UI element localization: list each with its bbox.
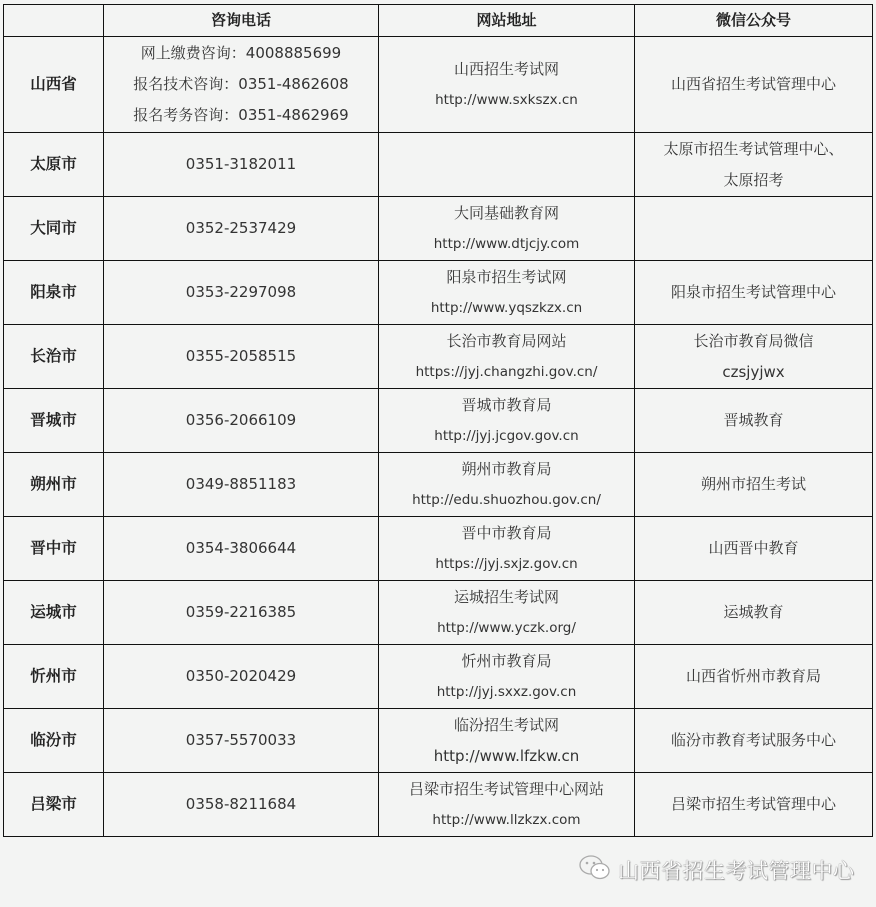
table-row: 晋城市0356-2066109晋城市教育局http://jyj.jcgov.go…	[4, 389, 873, 453]
header-wechat: 微信公众号	[635, 5, 873, 37]
wechat-account: 长治市教育局微信	[635, 326, 872, 357]
wechat-account: 临汾市教育考试服务中心	[635, 725, 872, 756]
table-row: 晋中市0354-3806644晋中市教育局https://jyj.sxjz.go…	[4, 517, 873, 581]
region-cell: 临汾市	[4, 709, 104, 773]
phone-cell: 0349-8851183	[104, 453, 379, 517]
watermark-text: 山西省招生考试管理中心	[618, 855, 855, 885]
wechat-cell: 朔州市招生考试	[635, 453, 873, 517]
website-name: 吕梁市招生考试管理中心网站	[379, 774, 634, 805]
wechat-account: 山西省忻州市教育局	[635, 661, 872, 692]
region-cell: 运城市	[4, 581, 104, 645]
table-row: 大同市0352-2537429大同基础教育网http://www.dtjcjy.…	[4, 197, 873, 261]
wechat-account: 阳泉市招生考试管理中心	[635, 277, 872, 308]
website-url: http://edu.shuozhou.gov.cn/	[379, 485, 634, 516]
website-url: https://jyj.sxjz.gov.cn	[379, 549, 634, 580]
wechat-icon	[578, 853, 612, 888]
website-name: 山西招生考试网	[379, 54, 634, 85]
region-cell: 朔州市	[4, 453, 104, 517]
website-cell: 吕梁市招生考试管理中心网站http://www.llzkzx.com	[379, 773, 635, 837]
website-cell: 临汾招生考试网http://www.lfzkw.cn	[379, 709, 635, 773]
phone-cell: 0354-3806644	[104, 517, 379, 581]
phone-cell: 0357-5570033	[104, 709, 379, 773]
table-row: 阳泉市0353-2297098阳泉市招生考试网http://www.yqszkz…	[4, 261, 873, 325]
website-name: 晋城市教育局	[379, 390, 634, 421]
wechat-account: 朔州市招生考试	[635, 469, 872, 500]
wechat-cell	[635, 197, 873, 261]
website-cell: 忻州市教育局http://jyj.sxxz.gov.cn	[379, 645, 635, 709]
phone-number: 0356-2066109	[104, 405, 378, 436]
phone-cell: 0355-2058515	[104, 325, 379, 389]
website-cell: 运城招生考试网http://www.yczk.org/	[379, 581, 635, 645]
website-cell: 大同基础教育网http://www.dtjcjy.com	[379, 197, 635, 261]
phone-number: 0349-8851183	[104, 469, 378, 500]
website-cell: 晋中市教育局https://jyj.sxjz.gov.cn	[379, 517, 635, 581]
region-cell: 大同市	[4, 197, 104, 261]
table-row: 吕梁市0358-8211684吕梁市招生考试管理中心网站http://www.l…	[4, 773, 873, 837]
website-name: 大同基础教育网	[379, 198, 634, 229]
header-phone: 咨询电话	[104, 5, 379, 37]
phone-number: 0352-2537429	[104, 213, 378, 244]
website-name: 阳泉市招生考试网	[379, 262, 634, 293]
header-row: 咨询电话 网站地址 微信公众号	[4, 5, 873, 37]
wechat-cell: 山西省忻州市教育局	[635, 645, 873, 709]
website-cell: 阳泉市招生考试网http://www.yqszkzx.cn	[379, 261, 635, 325]
phone-number: 0358-8211684	[104, 789, 378, 820]
website-url: http://www.dtjcjy.com	[379, 229, 634, 260]
contact-table: 咨询电话 网站地址 微信公众号 山西省网上缴费咨询：4008885699报名技术…	[3, 4, 873, 837]
website-name: 晋中市教育局	[379, 518, 634, 549]
phone-number: 报名考务咨询：0351-4862969	[104, 100, 378, 131]
website-name: 长治市教育局网站	[379, 326, 634, 357]
phone-cell: 0350-2020429	[104, 645, 379, 709]
wechat-account: 太原招考	[635, 165, 872, 196]
header-region	[4, 5, 104, 37]
website-cell: 山西招生考试网http://www.sxkszx.cn	[379, 37, 635, 133]
phone-cell: 0353-2297098	[104, 261, 379, 325]
wechat-account: czsjyjwx	[635, 357, 872, 388]
region-cell: 晋中市	[4, 517, 104, 581]
wechat-account: 山西省招生考试管理中心	[635, 69, 872, 100]
region-cell: 晋城市	[4, 389, 104, 453]
region-cell: 阳泉市	[4, 261, 104, 325]
phone-number: 0357-5570033	[104, 725, 378, 756]
website-url: http://www.llzkzx.com	[379, 805, 634, 836]
table-row: 运城市0359-2216385运城招生考试网http://www.yczk.or…	[4, 581, 873, 645]
header-website: 网站地址	[379, 5, 635, 37]
wechat-cell: 山西晋中教育	[635, 517, 873, 581]
phone-number: 报名技术咨询：0351-4862608	[104, 69, 378, 100]
table-row: 忻州市0350-2020429忻州市教育局http://jyj.sxxz.gov…	[4, 645, 873, 709]
wechat-account: 晋城教育	[635, 405, 872, 436]
region-cell: 忻州市	[4, 645, 104, 709]
phone-cell: 网上缴费咨询：4008885699报名技术咨询：0351-4862608报名考务…	[104, 37, 379, 133]
phone-number: 0350-2020429	[104, 661, 378, 692]
phone-number: 0355-2058515	[104, 341, 378, 372]
website-cell: 晋城市教育局http://jyj.jcgov.gov.cn	[379, 389, 635, 453]
phone-number: 0351-3182011	[104, 149, 378, 180]
website-url: http://www.lfzkw.cn	[379, 741, 634, 772]
phone-cell: 0352-2537429	[104, 197, 379, 261]
wechat-cell: 运城教育	[635, 581, 873, 645]
phone-cell: 0359-2216385	[104, 581, 379, 645]
wechat-cell: 阳泉市招生考试管理中心	[635, 261, 873, 325]
phone-number: 0359-2216385	[104, 597, 378, 628]
table-row: 山西省网上缴费咨询：4008885699报名技术咨询：0351-4862608报…	[4, 37, 873, 133]
website-url: http://www.yqszkzx.cn	[379, 293, 634, 324]
wechat-account: 运城教育	[635, 597, 872, 628]
wechat-cell: 临汾市教育考试服务中心	[635, 709, 873, 773]
website-cell: 朔州市教育局http://edu.shuozhou.gov.cn/	[379, 453, 635, 517]
wechat-account: 太原市招生考试管理中心、	[635, 134, 872, 165]
region-cell: 吕梁市	[4, 773, 104, 837]
wechat-cell: 山西省招生考试管理中心	[635, 37, 873, 133]
region-cell: 太原市	[4, 133, 104, 197]
wechat-cell: 太原市招生考试管理中心、太原招考	[635, 133, 873, 197]
table-row: 临汾市0357-5570033临汾招生考试网http://www.lfzkw.c…	[4, 709, 873, 773]
table-row: 太原市0351-3182011太原市招生考试管理中心、太原招考	[4, 133, 873, 197]
table-row: 朔州市0349-8851183朔州市教育局http://edu.shuozhou…	[4, 453, 873, 517]
phone-cell: 0351-3182011	[104, 133, 379, 197]
website-url: https://jyj.changzhi.gov.cn/	[379, 357, 634, 388]
phone-number: 0354-3806644	[104, 533, 378, 564]
region-cell: 山西省	[4, 37, 104, 133]
table-row: 长治市0355-2058515长治市教育局网站https://jyj.chang…	[4, 325, 873, 389]
wechat-cell: 晋城教育	[635, 389, 873, 453]
phone-cell: 0356-2066109	[104, 389, 379, 453]
website-name: 朔州市教育局	[379, 454, 634, 485]
website-url: http://jyj.jcgov.gov.cn	[379, 421, 634, 452]
website-url: http://jyj.sxxz.gov.cn	[379, 677, 634, 708]
wechat-account: 山西晋中教育	[635, 533, 872, 564]
website-name: 运城招生考试网	[379, 582, 634, 613]
phone-number: 网上缴费咨询：4008885699	[104, 38, 378, 69]
wechat-cell: 长治市教育局微信czsjyjwx	[635, 325, 873, 389]
phone-cell: 0358-8211684	[104, 773, 379, 837]
website-url: http://www.yczk.org/	[379, 613, 634, 644]
watermark: 山西省招生考试管理中心	[578, 853, 855, 887]
region-cell: 长治市	[4, 325, 104, 389]
website-name: 忻州市教育局	[379, 646, 634, 677]
phone-number: 0353-2297098	[104, 277, 378, 308]
website-cell	[379, 133, 635, 197]
website-name: 临汾招生考试网	[379, 710, 634, 741]
website-url: http://www.sxkszx.cn	[379, 85, 634, 116]
wechat-account: 吕梁市招生考试管理中心	[635, 789, 872, 820]
website-cell: 长治市教育局网站https://jyj.changzhi.gov.cn/	[379, 325, 635, 389]
wechat-cell: 吕梁市招生考试管理中心	[635, 773, 873, 837]
